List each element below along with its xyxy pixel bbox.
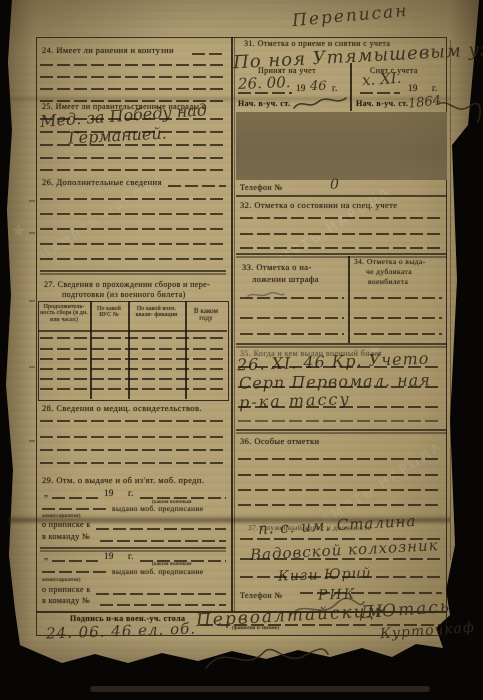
rule-line (52, 497, 98, 499)
rule-line (96, 528, 226, 530)
rule-line (238, 386, 442, 388)
section-34-label: 34. Отметка о выда- (354, 258, 425, 266)
rule-line (40, 76, 226, 78)
rule-line (238, 420, 442, 422)
rule-line (100, 540, 226, 542)
rule-line (40, 213, 226, 215)
rule-line (40, 462, 226, 464)
rule-line (40, 228, 226, 230)
year-suffix: г. (128, 552, 134, 561)
rule-line (238, 504, 442, 506)
table-header-year: В каком году (187, 308, 225, 323)
table-row-rule (40, 337, 225, 339)
rule-line (240, 333, 344, 335)
table-row-rule (40, 388, 225, 390)
rule-line (40, 547, 226, 549)
rule-line (168, 185, 226, 187)
rule-line (300, 592, 442, 594)
rule-line (40, 449, 226, 451)
rule-line (40, 144, 226, 146)
bottom-flourish-stroke (200, 640, 330, 676)
rule-line (40, 131, 226, 133)
rule-line (240, 317, 344, 319)
year-print: 19 (104, 489, 114, 498)
rule-line (40, 64, 226, 66)
rule-line (40, 243, 226, 245)
rule-line (40, 270, 226, 272)
rule-line (40, 157, 226, 159)
year-suffix: г. (128, 489, 134, 498)
registered-year-handwriting: 46 (310, 80, 327, 93)
section-36-label: 36. Особые отметки (240, 437, 319, 446)
team-label: в команду № (42, 533, 90, 541)
rule-line (354, 297, 442, 299)
table-row-rule (40, 348, 225, 350)
rule-line (40, 198, 226, 200)
edge-tick (29, 366, 35, 368)
rule-line (240, 217, 442, 219)
section-26-label: 26. Дополнительные сведения (42, 178, 162, 187)
section-27-label: подготовки (из военного билета) (62, 291, 186, 299)
table-header-vus: По какой ВУС № (92, 306, 126, 319)
edge-tick (29, 200, 35, 202)
assignment-label: о приписке к (42, 586, 91, 594)
issued-text: выдано моб. предписание (112, 568, 204, 576)
rule-line (40, 118, 226, 120)
fine-duplicate-divider (348, 256, 350, 343)
section-34-label: че дубликата (366, 268, 412, 276)
rule-line (42, 508, 108, 510)
rule-line (40, 88, 226, 90)
year-print: 19 (104, 552, 114, 561)
rule-line (236, 429, 447, 431)
rule-line (192, 53, 226, 55)
rule-line (354, 317, 442, 319)
section-33-label: ложении штрафа (252, 275, 319, 284)
quote-mark: „ (44, 552, 48, 561)
rule-line (40, 420, 226, 422)
edge-tick (29, 232, 35, 234)
rule-line (236, 432, 447, 434)
issued-text: выдано моб. предписание (112, 505, 204, 513)
rule-line (236, 253, 447, 255)
rule-line (240, 558, 442, 560)
section-33-label: 33. Отметка о на- (242, 263, 312, 272)
rule-line (40, 169, 226, 171)
rule-line (40, 436, 226, 438)
rule-line (100, 604, 226, 606)
rule-line (238, 406, 442, 408)
rule-line (240, 538, 442, 540)
scanned-document-view: ПАМЯТЬ НАРОДА ПАМЯТЬ НАРОДА ПАМЯТЬ НАРОД… (0, 0, 483, 700)
section-37-handwriting: Кизи Юрий (278, 566, 372, 583)
section-24-label: 24. Имеет ли ранения и контузии (42, 46, 174, 55)
rule-line (238, 366, 442, 368)
table-header-duration: Продолжитель- ность сбора (в дн. или час… (40, 304, 88, 323)
year-suffix: г. (432, 84, 438, 93)
rule-line (240, 233, 442, 235)
issuer-caption: комиссариатом) (42, 578, 81, 584)
section-29-label: 29. Отм. о выдаче и об из'ят. моб. предп… (42, 476, 204, 485)
table-header-qualification: По какой воен. квали- фикации (130, 306, 183, 319)
rule-line (354, 333, 442, 335)
rule-line (96, 593, 226, 595)
rule-line (40, 258, 226, 260)
rule-line (236, 343, 447, 345)
section-28-label: 28. Сведения о медиц. освидетельствов. (42, 404, 202, 413)
edge-tick (29, 300, 35, 302)
rule-line (52, 560, 98, 562)
phone-handwriting: 0 (330, 178, 339, 192)
registered-date-handwriting: 26. 00. (238, 75, 291, 92)
table-row-rule (40, 358, 225, 360)
section-34-label: военбилета (368, 278, 408, 286)
rule-line (236, 195, 447, 197)
section-32-label: 32. Отметка о состоянии на спец. учете (240, 201, 397, 210)
removed-date-handwriting: х. XI. (362, 71, 402, 89)
rule-line (240, 247, 442, 249)
team-label: в команду № (42, 597, 90, 605)
rule-line (238, 474, 442, 476)
section-27-label: 27. Сведения о прохождении сборов и пере… (44, 281, 210, 289)
bottom-paper-sliver (90, 686, 430, 692)
paper-crease (8, 94, 450, 104)
edge-tick (29, 440, 35, 442)
rule-line (236, 346, 447, 348)
rule-line (238, 458, 442, 460)
redacted-block (236, 112, 447, 180)
year-print: 19 (296, 84, 306, 93)
smudge-stroke (246, 290, 286, 300)
year-print: 19 (408, 84, 418, 93)
table-header-rule (38, 330, 227, 332)
phone-label: Телефон № (240, 184, 282, 192)
rule-line (42, 571, 108, 573)
rule-line (238, 489, 442, 491)
paper-crease (8, 515, 450, 525)
rule-line (240, 576, 442, 578)
table-row-rule (40, 378, 225, 380)
year-suffix: г. (332, 84, 338, 93)
footer-flourish-stroke (286, 596, 366, 622)
phone-label: Телефон № (240, 592, 282, 600)
quote-mark: „ (44, 489, 48, 498)
rule-line (40, 273, 226, 275)
table-row-rule (40, 368, 225, 370)
